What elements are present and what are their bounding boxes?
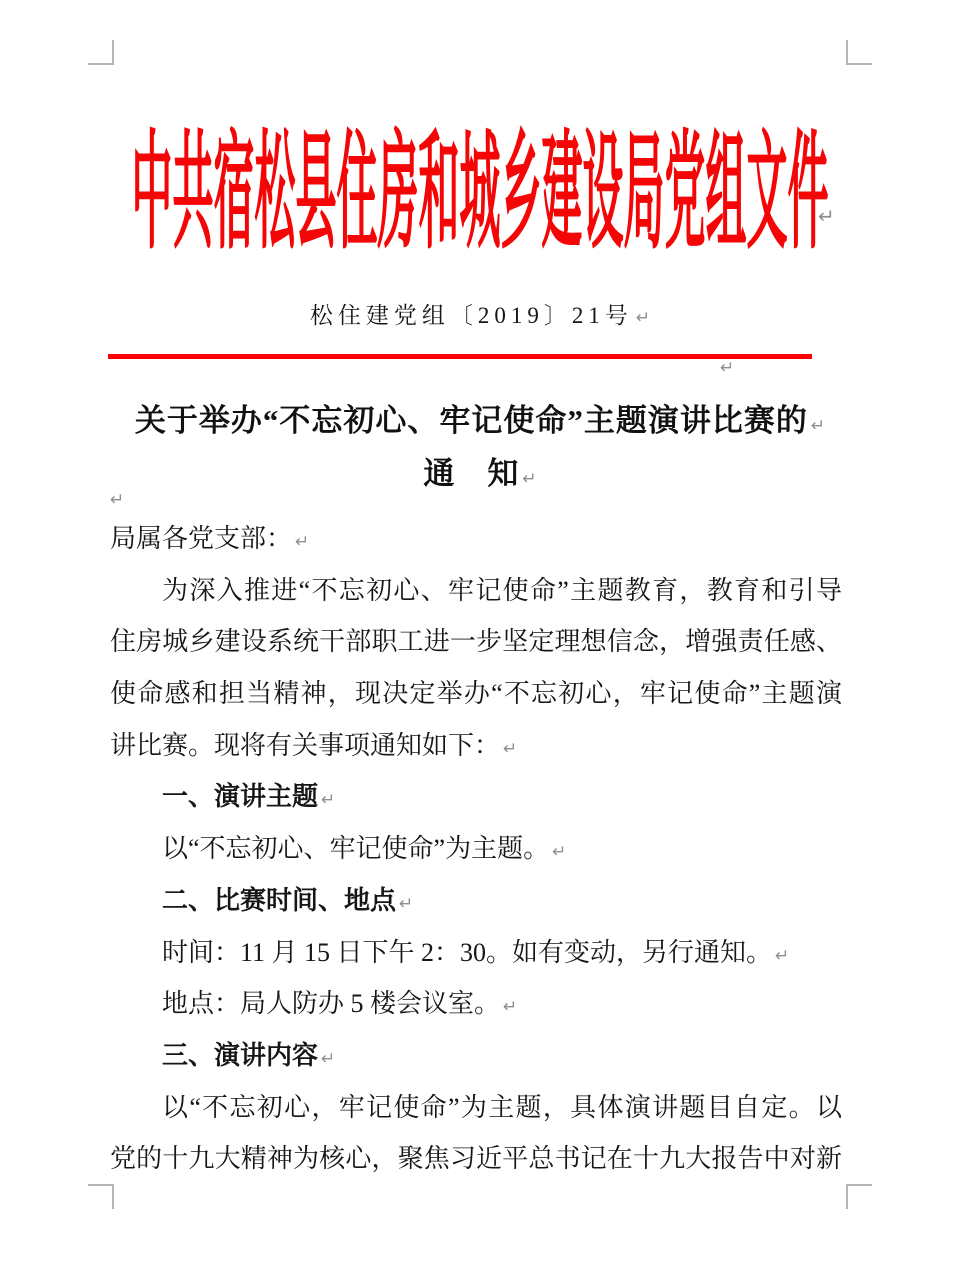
line-text: 时间：11 月 15 日下午 2：30。如有变动，另行通知。 [162,938,772,967]
document-line: 住房城乡建设系统干部职工进一步坚定理想信念，增强责任感、 [110,616,842,668]
line-text: 一、演讲主题 [162,781,318,811]
notice-title-line2: 通 知↵ [0,450,960,503]
line-text: 以“不忘初心、牢记使命”为主题。 [162,834,549,863]
line-text: 三、演讲内容 [162,1040,318,1070]
paragraph-mark-icon: ↵ [110,490,124,510]
document-line: 以“不忘初心、牢记使命”为主题。↵ [110,823,842,875]
notice-title-line1: 关于举办“不忘初心、牢记使命”主题演讲比赛的↵ [0,397,960,450]
paragraph-mark-icon: ↵ [503,997,517,1017]
line-text: 二、比赛时间、地点 [162,885,396,915]
paragraph-mark-icon: ↵ [811,416,825,436]
document-line: 一、演讲主题↵ [110,771,842,823]
crop-mark-top-left [88,40,114,65]
notice-title: 关于举办“不忘初心、牢记使命”主题演讲比赛的↵ 通 知↵ [0,397,960,503]
paragraph-mark-icon: ↵ [295,532,309,552]
line-text: 以“不忘初心，牢记使命”为主题，具体演讲题目自定。以 [162,1093,842,1122]
document-line: 为深入推进“不忘初心、牢记使命”主题教育，教育和引导 [110,565,842,617]
document-line: 以“不忘初心，牢记使命”为主题，具体演讲题目自定。以 [110,1082,842,1134]
paragraph-mark-icon: ↵ [775,946,789,966]
red-header-banner: 中共宿松县住房和城乡建设局党组文件 [0,102,960,260]
crop-mark-bottom-right [846,1184,872,1209]
document-line: 局属各党支部：↵ [110,513,842,565]
document-line: 三、演讲内容↵ [110,1030,842,1082]
paragraph-mark-icon: ↵ [552,842,566,862]
org-banner-title: 中共宿松县住房和城乡建设局党组文件 [132,89,829,273]
line-text: 局属各党支部： [110,524,292,553]
crop-mark-bottom-left [88,1184,114,1209]
doc-number-line: 松住建党组〔2019〕21号↵ [0,297,960,330]
paragraph-mark-icon: ↵ [321,790,335,810]
doc-number-text: 松住建党组〔2019〕21号 [310,303,633,328]
line-text: 为深入推进“不忘初心、牢记使命”主题教育，教育和引导 [162,576,842,605]
paragraph-mark-icon: ↵ [720,358,734,378]
document-line: 地点：局人防办 5 楼会议室。↵ [110,978,842,1030]
document-line: 时间：11 月 15 日下午 2：30。如有变动，另行通知。↵ [110,927,842,979]
document-line: 二、比赛时间、地点↵ [110,875,842,927]
paragraph-mark-icon: ↵ [636,308,650,328]
document-line: 党的十九大精神为核心，聚焦习近平总书记在十九大报告中对新 [110,1133,842,1185]
notice-title-text2: 通 知 [423,456,519,491]
line-text: 住房城乡建设系统干部职工进一步坚定理想信念，增强责任感、 [110,627,842,656]
crop-mark-top-right [846,40,872,65]
paragraph-mark-icon: ↵ [522,469,536,489]
line-text: 党的十九大精神为核心，聚焦习近平总书记在十九大报告中对新 [110,1144,842,1173]
document-body: 局属各党支部：↵为深入推进“不忘初心、牢记使命”主题教育，教育和引导住房城乡建设… [110,513,842,1185]
line-text: 使命感和担当精神，现决定举办“不忘初心，牢记使命”主题演 [110,679,842,708]
document-line: 讲比赛。现将有关事项通知如下：↵ [110,720,842,772]
line-text: 讲比赛。现将有关事项通知如下： [110,731,500,760]
paragraph-mark-icon: ↵ [399,894,413,914]
document-page: 中共宿松县住房和城乡建设局党组文件 ↵ 松住建党组〔2019〕21号↵ ↵ 关于… [0,0,960,1287]
paragraph-mark-icon: ↵ [321,1049,335,1069]
notice-title-text1: 关于举办“不忘初心、牢记使命”主题演讲比赛的 [135,403,808,438]
paragraph-mark-icon: ↵ [818,204,835,228]
paragraph-mark-icon: ↵ [503,739,517,759]
line-text: 地点：局人防办 5 楼会议室。 [162,989,500,1018]
red-separator-line [108,354,812,359]
document-line: 使命感和担当精神，现决定举办“不忘初心，牢记使命”主题演 [110,668,842,720]
